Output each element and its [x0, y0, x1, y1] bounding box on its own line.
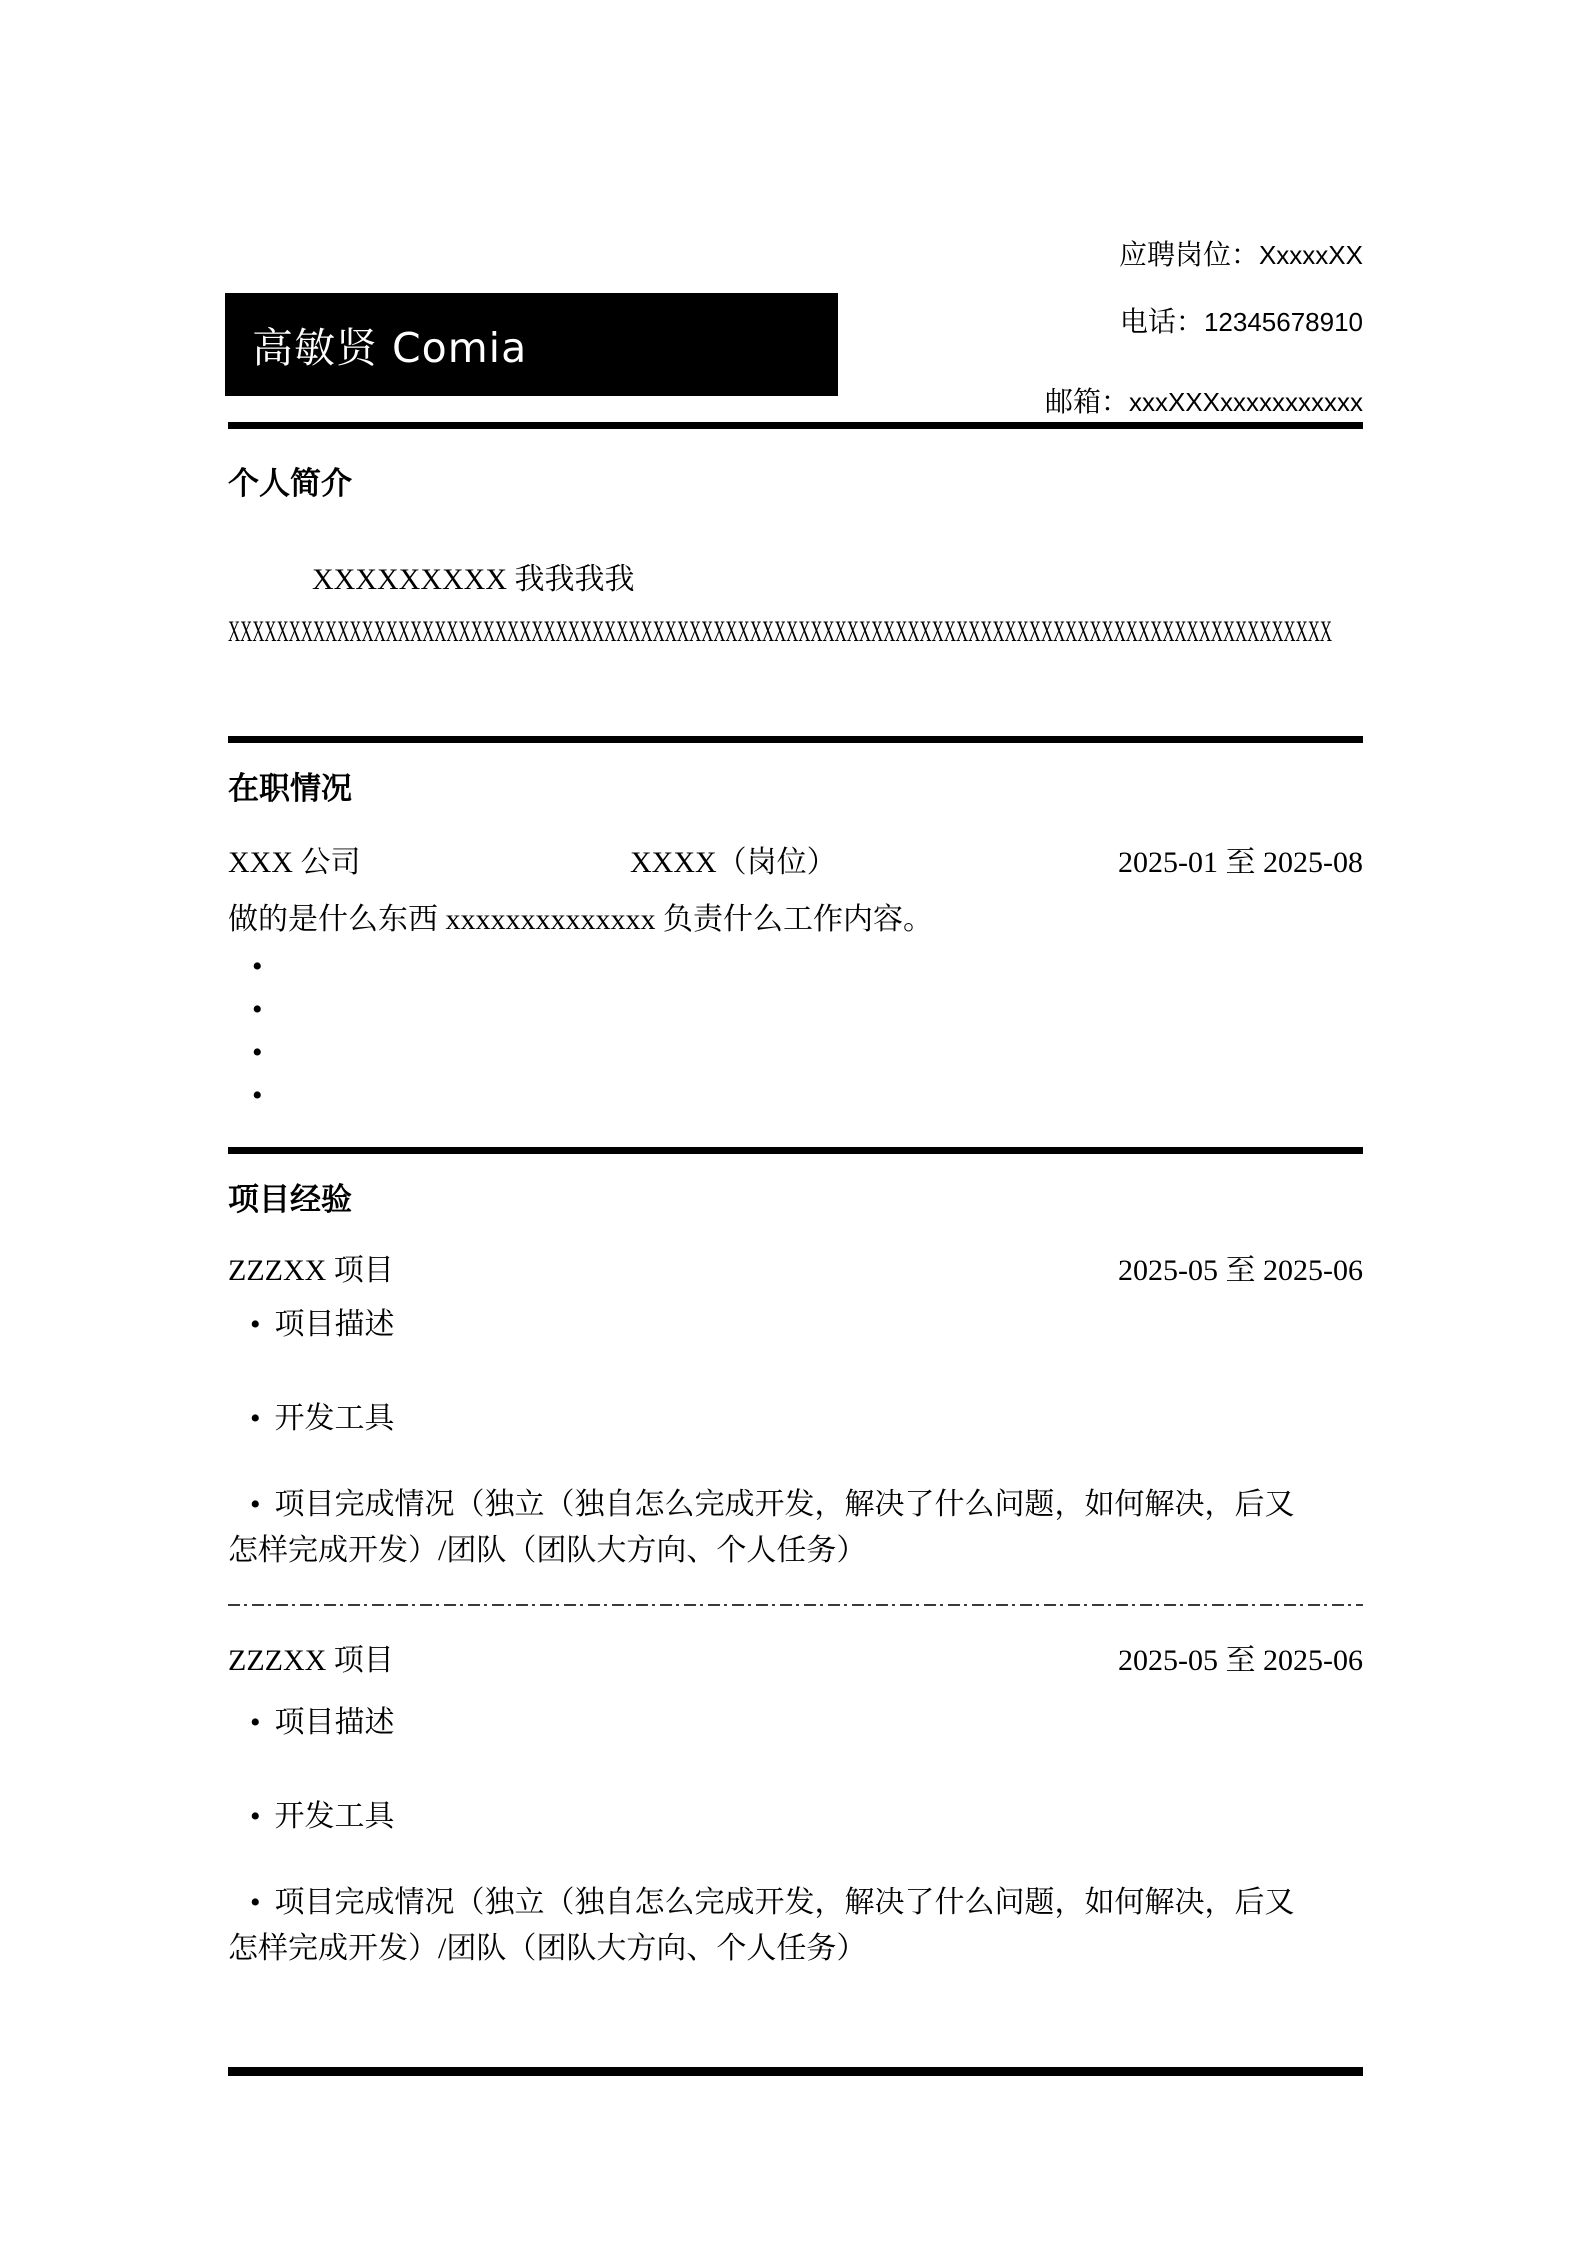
section-title-profile: 个人简介	[228, 465, 1363, 502]
placeholder-x-run: XXXXXXXXXXXXXXXXXXXXXXXXXXXXXXXXXXXXXXXX…	[228, 612, 1332, 652]
content-column: 个人简介 XXXXXXXXX 我我我我 XXXXXXXXXXXXXXXXXXXX…	[228, 0, 1363, 2076]
project-period: 2025-05 至 2025-06	[1118, 1642, 1363, 1680]
job-bullet-list: • • • •	[228, 945, 1363, 1117]
list-item: •	[228, 1074, 1363, 1117]
bullet-dot: •	[252, 1079, 263, 1112]
section-divider-rule	[228, 422, 1363, 429]
employment-header-row: XXX 公司 XXXX（岗位） 2025-01 至 2025-08	[228, 844, 1363, 882]
list-item: •项目完成情况（独立（独自怎么完成开发，解决了什么问题，如何解决，后又怎样完成开…	[228, 1880, 1306, 1972]
bullet-dot: •	[250, 1308, 261, 1341]
project-header-row: ZZZXX 项目 2025-05 至 2025-06	[228, 1252, 1363, 1290]
list-item: •	[228, 988, 1363, 1031]
job-description: 做的是什么东西 xxxxxxxxxxxxxx 负责什么工作内容。	[228, 900, 1363, 940]
list-item: •项目完成情况（独立（独自怎么完成开发，解决了什么问题，如何解决，后又怎样完成开…	[228, 1482, 1306, 1574]
bullet-dot: •	[252, 993, 263, 1026]
employment-period: 2025-01 至 2025-08	[1118, 844, 1363, 882]
section-divider-rule	[228, 1147, 1363, 1154]
bottom-rule	[228, 2067, 1363, 2076]
dashed-divider	[228, 1604, 1363, 1606]
bullet-text: 项目完成情况（独立（独自怎么完成开发，解决了什么问题，如何解决，后又怎样完成开发…	[228, 1488, 1295, 1567]
bullet-dot: •	[252, 1036, 263, 1069]
profile-placeholder-line: XXXXXXXXXXXXXXXXXXXXXXXXXXXXXXXXXXXXXXXX…	[228, 612, 1363, 652]
bullet-text: 项目描述	[275, 1706, 395, 1739]
company-name: XXX 公司	[228, 844, 630, 882]
bullet-dot: •	[250, 1886, 261, 1919]
bullet-dot: •	[250, 1402, 261, 1435]
bullet-text: 开发工具	[275, 1402, 395, 1435]
bullet-text: 项目描述	[275, 1308, 395, 1341]
project-name: ZZZXX 项目	[228, 1642, 394, 1680]
bullet-text: 开发工具	[275, 1800, 395, 1833]
bullet-dot: •	[250, 1706, 261, 1739]
list-item: •项目描述	[228, 1700, 1306, 1746]
project-period: 2025-05 至 2025-06	[1118, 1252, 1363, 1290]
list-item: •项目描述	[228, 1302, 1306, 1348]
section-divider-rule	[228, 736, 1363, 743]
resume-page: 应聘岗位：XxxxxXX 电话：12345678910 邮箱：xxxXXXxxx…	[0, 0, 1587, 2245]
list-item: •开发工具	[228, 1794, 1306, 1840]
project-name: ZZZXX 项目	[228, 1252, 394, 1290]
bullet-text: 项目完成情况（独立（独自怎么完成开发，解决了什么问题，如何解决，后又怎样完成开发…	[228, 1886, 1295, 1965]
list-item: •	[228, 945, 1363, 988]
bullet-dot: •	[252, 950, 263, 983]
profile-intro-line: XXXXXXXXX 我我我我	[228, 560, 1363, 600]
bullet-dot: •	[250, 1800, 261, 1833]
section-title-projects: 项目经验	[228, 1181, 1363, 1218]
project-header-row: ZZZXX 项目 2025-05 至 2025-06	[228, 1642, 1363, 1680]
list-item: •	[228, 1031, 1363, 1074]
section-title-employment: 在职情况	[228, 770, 1363, 807]
bullet-dot: •	[250, 1488, 261, 1521]
list-item: •开发工具	[228, 1396, 1306, 1442]
job-position: XXXX（岗位）	[630, 844, 1118, 882]
